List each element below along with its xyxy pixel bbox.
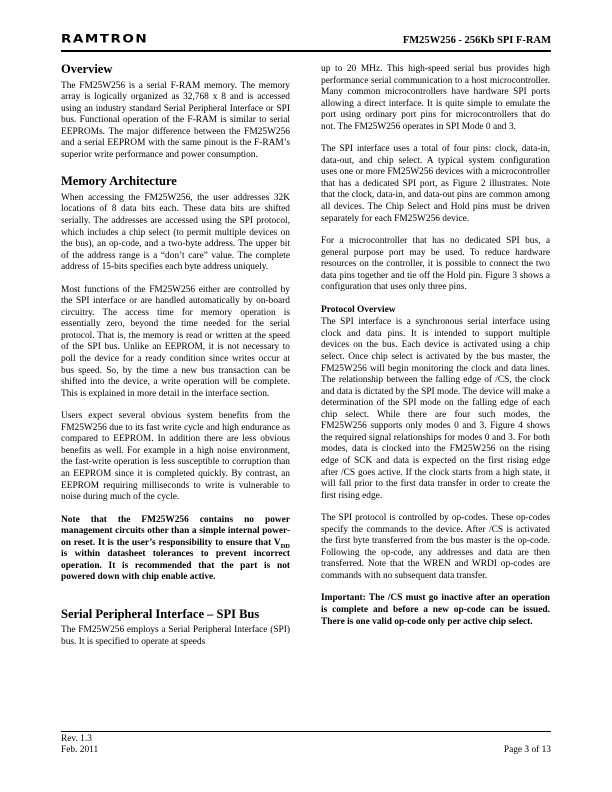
footer-revision-block: Rev. 1.3 Feb. 2011 [61, 734, 98, 756]
memory-paragraph-1: When accessing the FM25W256, the user ad… [61, 193, 290, 274]
left-column: Overview The FM25W256 is a serial F-RAM … [61, 64, 290, 660]
memory-architecture-heading: Memory Architecture [61, 176, 290, 188]
overview-heading: Overview [61, 64, 290, 76]
page-footer: Rev. 1.3 Feb. 2011 Page 3 of 13 [61, 731, 551, 756]
right-column: up to 20 MHz. This high-speed serial bus… [321, 64, 550, 660]
date-label: Feb. 2011 [61, 745, 98, 756]
document-title: FM25W256 - 256Kb SPI F-RAM [403, 35, 551, 46]
memory-paragraph-2: Most functions of the FM25W256 either ar… [61, 285, 290, 400]
protocol-paragraph-2: The SPI protocol is controlled by op-cod… [321, 513, 550, 582]
power-note-text-post: is within datasheet tolerances to preven… [61, 549, 290, 582]
spi-pins-paragraph: The SPI interface uses a total of four p… [321, 144, 550, 225]
spi-speed-paragraph: up to 20 MHz. This high-speed serial bus… [321, 64, 550, 133]
two-column-body: Overview The FM25W256 is a serial F-RAM … [61, 64, 551, 660]
power-note-text-pre: Note that the FM25W256 contains no power… [61, 515, 290, 548]
important-note-paragraph: Important: The /CS must go inactive afte… [321, 593, 550, 628]
revision-label: Rev. 1.3 [61, 734, 98, 745]
memory-paragraph-3: Users expect several obvious system bene… [61, 411, 290, 503]
protocol-paragraph-1: The SPI interface is a synchronous seria… [321, 317, 550, 502]
power-note-paragraph: Note that the FM25W256 contains no power… [61, 515, 290, 584]
datasheet-page: RAMTRON FM25W256 - 256Kb SPI F-RAM Overv… [0, 0, 612, 792]
protocol-overview-heading: Protocol Overview [321, 305, 550, 317]
ramtron-logo: RAMTRON [61, 33, 148, 46]
page-number-label: Page 3 of 13 [504, 745, 551, 756]
spi-intro-paragraph: The FM25W256 employs a Serial Peripheral… [61, 625, 290, 648]
overview-paragraph: The FM25W256 is a serial F-RAM memory. T… [61, 81, 290, 162]
spi-bus-heading: Serial Peripheral Interface – SPI Bus [61, 609, 290, 621]
spi-port-paragraph: For a microcontroller that has no dedica… [321, 236, 550, 294]
page-header: RAMTRON FM25W256 - 256Kb SPI F-RAM [61, 30, 551, 52]
